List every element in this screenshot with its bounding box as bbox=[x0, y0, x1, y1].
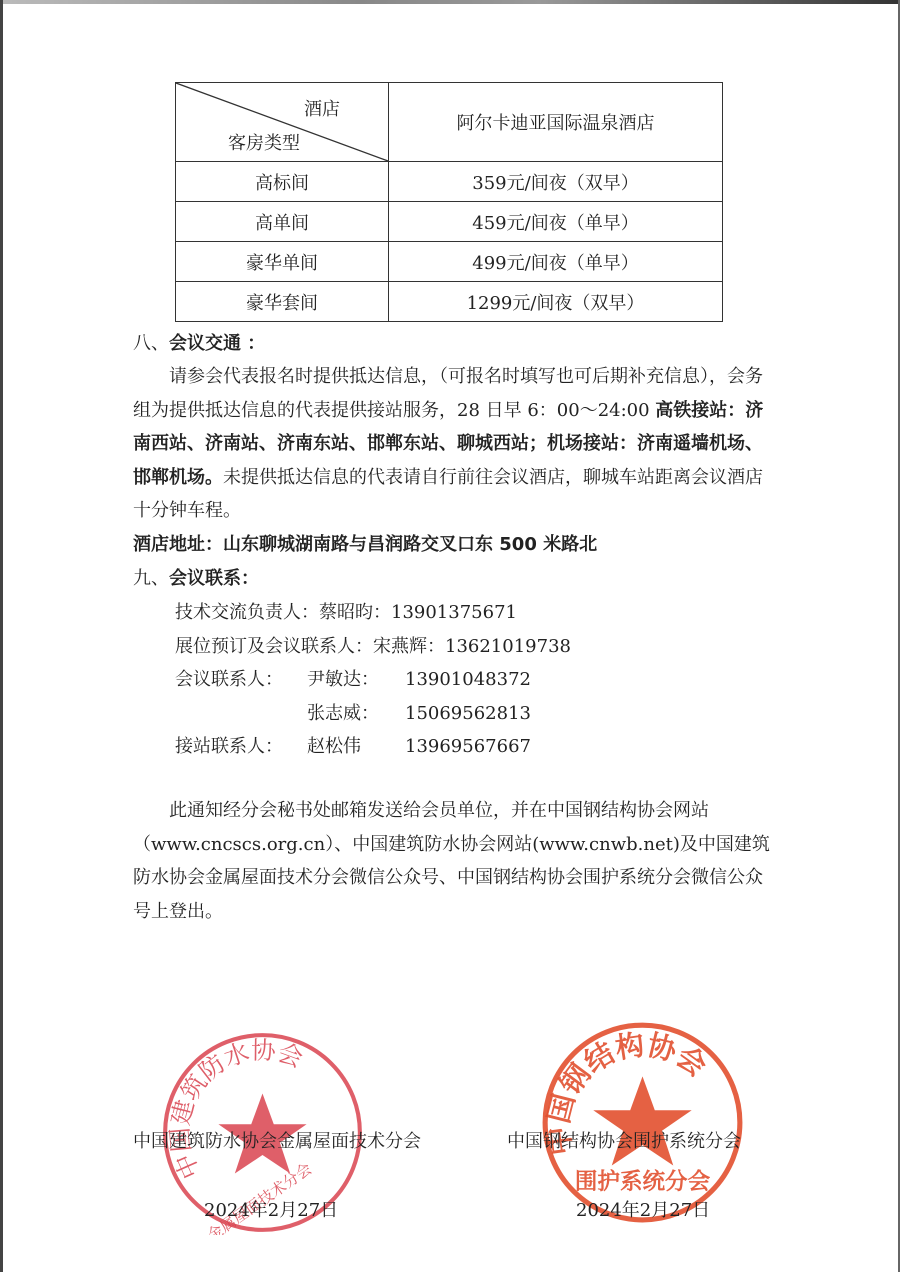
price-cell: 459元/间夜（单早） bbox=[389, 202, 723, 242]
hotel-address: 酒店地址：山东聊城湖南路与昌润路交叉口东 500 米路北 bbox=[133, 528, 773, 562]
contact-row: 技术交流负责人：蔡昭昀：13901375671 bbox=[175, 596, 571, 630]
table-header-row: 酒店 客房类型 阿尔卡迪亚国际温泉酒店 bbox=[176, 83, 723, 162]
section-title: 会议联系： bbox=[169, 568, 259, 589]
diagonal-header-cell: 酒店 客房类型 bbox=[176, 83, 389, 162]
transport-text-end: 未提供抵达信息的代表请自行前往会议酒店，聊城车站距离会议酒店十分钟车程。 bbox=[133, 467, 763, 522]
scan-left-edge bbox=[0, 0, 3, 1272]
contact-role: 接站联系人： bbox=[175, 730, 307, 764]
contact-name: 赵松伟 bbox=[307, 730, 405, 764]
signature-org-1: 中国建筑防水协会金属屋面技术分会 bbox=[133, 1127, 421, 1153]
contact-row: 张志威：15069562813 bbox=[175, 697, 571, 731]
table-row: 豪华单间 499元/间夜（单早） bbox=[176, 242, 723, 282]
contact-role: 会议联系人： bbox=[175, 663, 307, 697]
contact-row: 展位预订及会议联系人：宋燕辉：13621019738 bbox=[175, 630, 571, 664]
table-row: 高标间 359元/间夜（双早） bbox=[176, 162, 723, 202]
room-type-cell: 高单间 bbox=[176, 202, 389, 242]
contact-phone: 15069562813 bbox=[405, 697, 531, 731]
contact-name: 张志威： bbox=[307, 697, 405, 731]
contact-name: 尹敏达： bbox=[307, 663, 405, 697]
transport-paragraph: 请参会代表报名时提供抵达信息，（可报名时填写也可后期补充信息），会务组为提供抵达… bbox=[133, 360, 773, 528]
price-cell: 359元/间夜（双早） bbox=[389, 162, 723, 202]
contact-phone: 13969567667 bbox=[405, 730, 531, 764]
signature-date-2: 2024年2月27日 bbox=[576, 1196, 710, 1222]
section-number: 八、 bbox=[133, 333, 169, 354]
official-seal-steel-structure-association: 中国钢结构协会 围护系统分会 bbox=[540, 1020, 745, 1225]
section-8-heading: 八、会议交通 ： bbox=[133, 327, 773, 361]
room-type-cell: 豪华单间 bbox=[176, 242, 389, 282]
hotel-name-cell: 阿尔卡迪亚国际温泉酒店 bbox=[389, 83, 723, 162]
contact-role: 展位预订及会议联系人： bbox=[175, 636, 373, 657]
contact-name: 宋燕辉： bbox=[373, 636, 445, 657]
contact-role bbox=[175, 697, 307, 731]
section-title: 会议交通 ： bbox=[169, 333, 265, 354]
hotel-column-label: 酒店 bbox=[304, 95, 340, 121]
contact-list: 技术交流负责人：蔡昭昀：13901375671 展位预订及会议联系人：宋燕辉：1… bbox=[175, 596, 571, 764]
price-cell: 1299元/间夜（双早） bbox=[389, 282, 723, 322]
room-type-column-label: 客房类型 bbox=[228, 129, 300, 155]
table-row: 豪华套间 1299元/间夜（双早） bbox=[176, 282, 723, 322]
room-type-cell: 高标间 bbox=[176, 162, 389, 202]
contact-role: 技术交流负责人： bbox=[175, 602, 319, 623]
section-number: 九、 bbox=[133, 568, 169, 589]
contact-phone: 13901375671 bbox=[391, 602, 517, 623]
contact-name: 蔡昭昀： bbox=[319, 602, 391, 623]
seal-bottom-text: 围护系统分会 bbox=[575, 1168, 711, 1195]
table-row: 高单间 459元/间夜（单早） bbox=[176, 202, 723, 242]
publication-notice: 此通知经分会秘书处邮箱发送给会员单位，并在中国钢结构协会网站（www.cncsc… bbox=[133, 794, 778, 928]
contact-row: 会议联系人：尹敏达：13901048372 bbox=[175, 663, 571, 697]
contact-phone: 13901048372 bbox=[405, 663, 531, 697]
scan-top-edge bbox=[0, 0, 900, 4]
signature-org-2: 中国钢结构协会围护系统分会 bbox=[507, 1127, 741, 1153]
contact-row: 接站联系人：赵松伟13969567667 bbox=[175, 730, 571, 764]
price-cell: 499元/间夜（单早） bbox=[389, 242, 723, 282]
signature-date-1: 2024年2月27日 bbox=[204, 1196, 338, 1222]
room-rate-table: 酒店 客房类型 阿尔卡迪亚国际温泉酒店 高标间 359元/间夜（双早） 高单间 … bbox=[175, 82, 723, 322]
section-9-heading: 九、会议联系： bbox=[133, 562, 773, 596]
seal-graphic: 中国钢结构协会 围护系统分会 bbox=[540, 1020, 745, 1225]
room-type-cell: 豪华套间 bbox=[176, 282, 389, 322]
contact-phone: 13621019738 bbox=[445, 636, 571, 657]
